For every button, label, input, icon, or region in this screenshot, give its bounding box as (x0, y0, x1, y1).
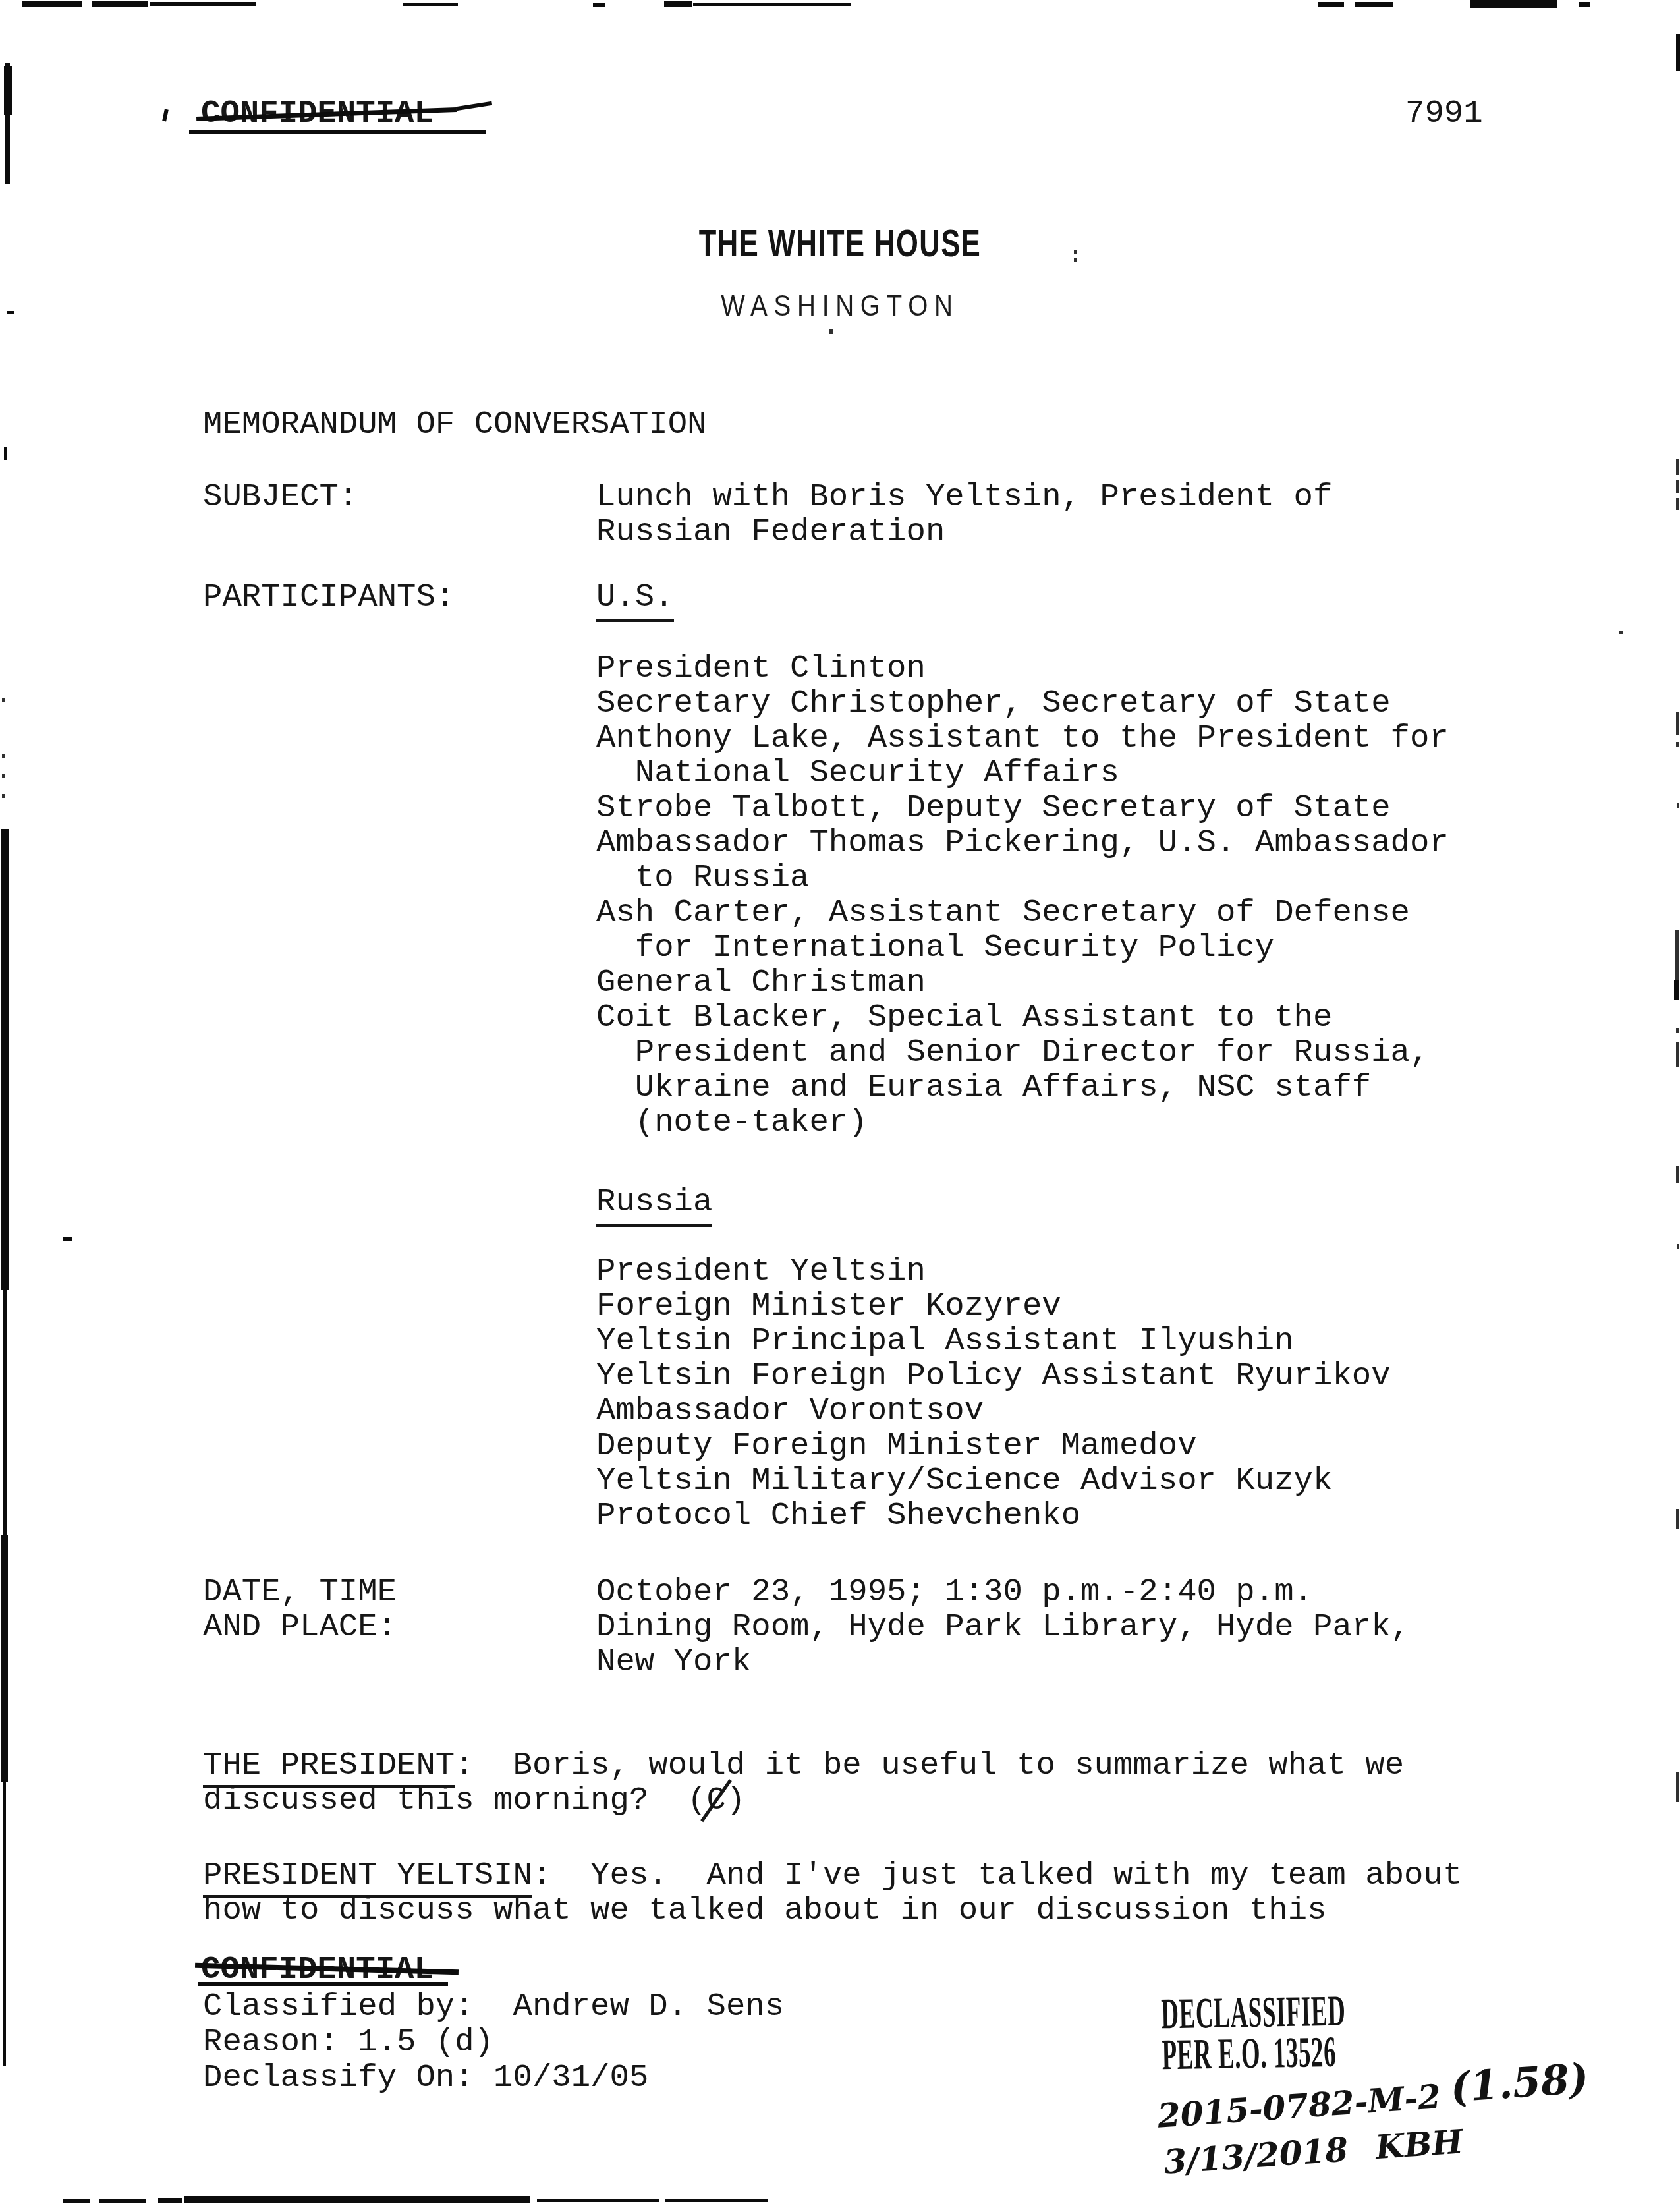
scan-mark (1676, 742, 1679, 747)
scan-mark (1676, 1166, 1679, 1183)
subject-value: Lunch with Boris Yeltsin, President of R… (596, 480, 1332, 550)
scan-mark (2, 754, 5, 758)
stamp-date: 3/13/2018 (1162, 2130, 1349, 2181)
strike-mark-tail (456, 101, 492, 111)
scan-mark (1676, 480, 1679, 493)
scan-mark (2, 794, 5, 798)
scan-mark (184, 2196, 530, 2203)
russia-heading-text: Russia (596, 1183, 712, 1227)
dialogue-president-line1: THE PRESIDENT: Boris, would it be useful… (203, 1748, 1404, 1783)
scan-mark (1676, 34, 1680, 71)
scan-mark (664, 1, 692, 7)
scan-mark (537, 2199, 659, 2202)
scan-mark (693, 3, 851, 6)
scan-mark (593, 3, 605, 7)
scan-mark (1676, 498, 1679, 510)
scan-mark (665, 2199, 768, 2202)
scan-mark (1676, 712, 1679, 735)
scan-mark (92, 1, 148, 7)
scan-mark (4, 66, 12, 115)
participants-label: PARTICIPANTS: (203, 580, 455, 615)
datetime-label: DATE, TIME AND PLACE: (203, 1575, 397, 1645)
scan-mark (1, 1535, 8, 1782)
scan-mark (7, 311, 14, 314)
scan-mark (1677, 1244, 1679, 1249)
letterhead-title: THE WHITE HOUSE (210, 221, 1470, 266)
scan-mark (158, 2198, 182, 2203)
scan-mark (1674, 980, 1679, 1000)
scan-mark (150, 2, 256, 6)
scan-mark (99, 2199, 146, 2203)
memo-page: CONFIDENTIAL 7991 THE WHITE HOUSE WASHIN… (0, 0, 1680, 2206)
scan-mark (1676, 1028, 1679, 1033)
dialogue-yeltsin-text: : Yes. And I've just talked with my team… (532, 1857, 1462, 1894)
scan-mark (1579, 2, 1590, 7)
scan-mark (63, 1237, 72, 1241)
footer-lines: Classified by: Andrew D. Sens Reason: 1.… (203, 1989, 784, 2095)
participants-russia-heading: Russia (596, 1185, 712, 1220)
dialogue-yeltsin-line1: PRESIDENT YELTSIN: Yes. And I've just ta… (203, 1858, 1462, 1893)
stamp-line2: PER E.O. 13526 (1162, 2031, 1347, 2076)
participants-us-heading: U.S. (596, 580, 674, 615)
scan-mark (829, 329, 833, 334)
scan-mark (1676, 459, 1679, 475)
us-heading-text: U.S. (596, 579, 674, 622)
scan-mark (1676, 1042, 1679, 1067)
dialogue-president-text: : Boris, would it be useful to summarize… (455, 1747, 1404, 1784)
page-number: 7991 (1405, 96, 1483, 131)
participants-us-list: President Clinton Secretary Christopher,… (596, 651, 1449, 1140)
scan-mark (1676, 1772, 1679, 1802)
underline-mark (198, 1982, 448, 1986)
scan-mark (162, 109, 169, 122)
declassified-stamp: DECLASSIFIED PER E.O. 13526 (1161, 1989, 1492, 2076)
scan-mark (1318, 2, 1344, 7)
scan-mark (1470, 0, 1557, 8)
scan-mark (3, 1782, 6, 2066)
stamp-initials: KBH (1374, 2122, 1465, 2166)
classification-mark-struck: (C) (687, 1783, 745, 1818)
letterhead-subtitle: WASHINGTON (101, 290, 1579, 323)
dialogue-president-text2: discussed this morning? (203, 1782, 687, 1819)
underline-mark (189, 130, 486, 134)
scan-mark (3, 1290, 7, 1535)
scan-mark (1677, 803, 1679, 808)
participants-russia-list: President Yeltsin Foreign Minister Kozyr… (596, 1254, 1391, 1533)
dialogue-yeltsin-line2: how to discuss what we talked about in o… (203, 1893, 1326, 1928)
dialogue-president-line2: discussed this morning? (C) (203, 1783, 745, 1818)
datetime-value: October 23, 1995; 1:30 p.m.-2:40 p.m. Di… (596, 1575, 1410, 1680)
scan-mark (22, 1, 82, 7)
subject-label: SUBJECT: (203, 480, 358, 515)
scan-mark (403, 3, 458, 6)
document-type: MEMORANDUM OF CONVERSATION (203, 407, 707, 442)
scan-mark (2, 698, 5, 702)
scan-mark (1074, 250, 1077, 254)
scan-mark (1074, 258, 1077, 262)
scan-mark (1355, 2, 1393, 7)
scan-mark (63, 2199, 90, 2203)
case-fraction: (1.58) (1449, 2054, 1590, 2111)
scan-mark (2, 774, 5, 778)
scan-mark (1676, 1509, 1679, 1529)
scan-mark (1, 829, 9, 1290)
scan-mark (4, 447, 7, 460)
scan-mark (1619, 631, 1623, 634)
